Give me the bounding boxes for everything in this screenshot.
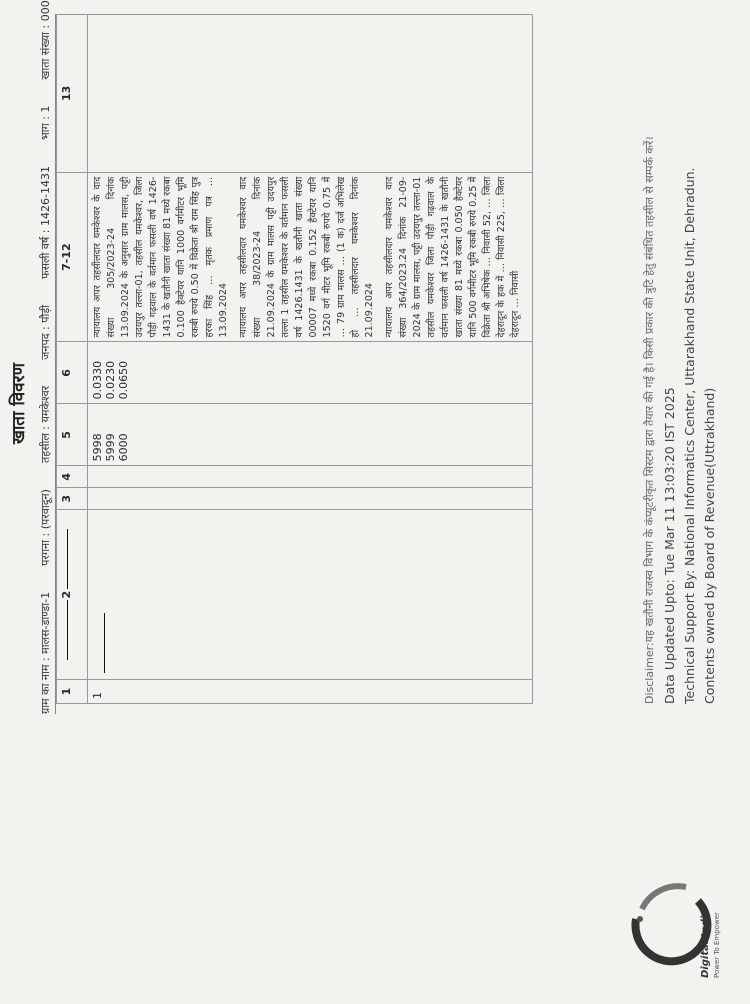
plot-area: 0.0330 bbox=[91, 346, 104, 399]
col-num-6: 6 bbox=[57, 342, 88, 404]
logo-tagline: Power To Empower bbox=[713, 912, 721, 978]
district-name: जनपद : पौड़ी bbox=[38, 305, 55, 360]
col-num-3: 3 bbox=[57, 488, 88, 510]
court-order-remark: न्यायालय अपर तहसीलदार यमकेश्वर के वाद सं… bbox=[91, 177, 231, 338]
document-footer: Disclaimer:यह खतौनी राजस्व विभाग के कंप्… bbox=[640, 4, 720, 704]
remarks-cell: न्यायालय अपर तहसीलदार यमकेश्वर के वाद सं… bbox=[88, 172, 533, 342]
pargana-name: परगना : (परवादून) bbox=[38, 489, 55, 566]
struck-owner-line bbox=[104, 613, 105, 673]
contents-owned-text: Contents owned by Board of Revenue(Uttra… bbox=[700, 4, 720, 704]
col-num-5: 5 bbox=[57, 404, 88, 466]
village-name: ग्राम का नाम : मालस-डाण्डा-1 bbox=[38, 592, 55, 714]
khata-table: 1 2 3 4 5 6 7-12 13 1 5998 5999 6000 0.0… bbox=[56, 14, 533, 704]
col-num-7-12: 7-12 bbox=[57, 172, 88, 342]
table-row: 1 5998 5999 6000 0.0330 0.0230 0.0650 न्… bbox=[88, 15, 533, 704]
col13-cell bbox=[88, 15, 533, 173]
column-number-row: 1 2 3 4 5 6 7-12 13 bbox=[57, 15, 88, 704]
court-order-remark: न्यायालय अपर तहसीलदार यमकेश्वर वाद संख्य… bbox=[237, 177, 377, 338]
court-order-remark: न्यायालय अपर तहसीलदार यमकेश्वर वाद संख्य… bbox=[383, 177, 523, 338]
technical-support-text: Technical Support By: National Informati… bbox=[680, 4, 700, 704]
disclaimer-text: Disclaimer:यह खतौनी राजस्व विभाग के कंप्… bbox=[640, 4, 660, 704]
serial-cell: 1 bbox=[88, 680, 533, 704]
khata-document-page: खाता विवरण ग्राम का नाम : मालस-डाण्डा-1 … bbox=[0, 0, 750, 1004]
khata-number: खाता संख्या : 00081 bbox=[38, 0, 55, 80]
col4-cell bbox=[88, 466, 533, 488]
plot-numbers-cell: 5998 5999 6000 bbox=[88, 404, 533, 466]
col-num-13: 13 bbox=[57, 15, 88, 173]
col-num-2: 2 bbox=[57, 510, 88, 680]
plot-area: 0.0650 bbox=[117, 346, 130, 399]
plot-number: 6000 bbox=[117, 408, 130, 461]
plot-area: 0.0230 bbox=[104, 346, 117, 399]
logo-name: Digital India bbox=[700, 909, 711, 978]
data-updated-text: Data Updated Upto: Tue Mar 11 13:03:20 I… bbox=[660, 4, 680, 704]
plot-number: 5998 bbox=[91, 408, 104, 461]
owner-cell bbox=[88, 510, 533, 680]
col-num-1: 1 bbox=[57, 680, 88, 704]
col3-cell bbox=[88, 488, 533, 510]
record-info-bar: ग्राम का नाम : मालस-डाण्डा-1 परगना : (पर… bbox=[34, 14, 56, 714]
tehsil-name: तहसील : यमकेश्वर bbox=[38, 386, 55, 463]
plot-number: 5999 bbox=[104, 408, 117, 461]
areas-cell: 0.0330 0.0230 0.0650 bbox=[88, 342, 533, 404]
document-title: खाता विवरण bbox=[6, 244, 29, 444]
part-number: भाग : 1 bbox=[38, 106, 55, 140]
col-num-4: 4 bbox=[57, 466, 88, 488]
fasli-year: फसली वर्ष : 1426-1431 bbox=[38, 166, 55, 279]
